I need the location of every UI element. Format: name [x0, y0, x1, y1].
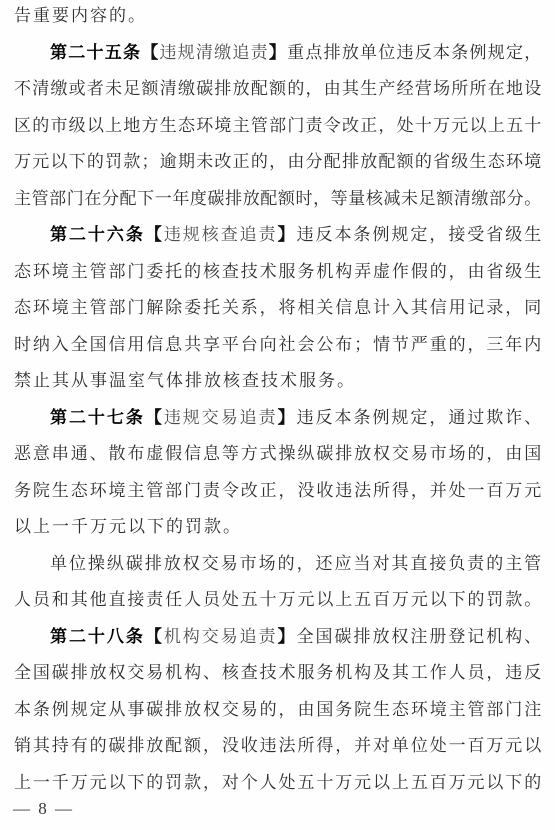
article-heading-line: 第二十八条【机构交易追责】全国碳排放权注册登记机构、 [14, 619, 541, 656]
document-text-block: 告重要内容的。 第二十五条【违规清缴追责】重点排放单位违反本条例规定， 不清缴或… [14, 0, 541, 801]
bracket-close: 】 [278, 408, 297, 427]
bracket-open: 【 [145, 225, 164, 244]
bracket-close: 】 [278, 627, 297, 646]
line-text: 违反本条例规定，通过欺诈、 [297, 408, 541, 427]
text-line: 不清缴或者未足额清缴碳排放配额的，由其生产经营场所所在地设 [14, 71, 541, 108]
article-heading-line: 第二十七条【违规交易追责】违反本条例规定，通过欺诈、 [14, 400, 541, 437]
text-line: 销其持有的碳排放配额，没收违法所得，并对单位处一百万元以 [14, 728, 541, 765]
text-line: 告重要内容的。 [14, 0, 541, 35]
text-line: 人员和其他直接责任人员处五十万元以上五百万元以下的罚款。 [14, 582, 541, 619]
text-line: 以上一千万元以下的罚款。 [14, 509, 541, 546]
article-tag: 机构交易追责 [164, 627, 278, 646]
bracket-open: 【 [145, 408, 164, 427]
text-line: 全国碳排放权交易机构、核查技术服务机构及其工作人员，违反 [14, 655, 541, 692]
document-page: 告重要内容的。 第二十五条【违规清缴追责】重点排放单位违反本条例规定， 不清缴或… [0, 0, 555, 830]
article-number: 第二十七条 [50, 408, 145, 427]
text-line: 态环境主管部门委托的核查技术服务机构弄虚作假的，由省级生 [14, 254, 541, 291]
text-line: 本条例规定从事碳排放权交易的，由国务院生态环境主管部门注 [14, 692, 541, 729]
article-number: 第二十八条 [50, 627, 145, 646]
line-text: 重点排放单位违反本条例规定， [287, 43, 541, 62]
text-line: 区的市级以上地方生态环境主管部门责令改正，处十万元以上五十 [14, 108, 541, 145]
article-number: 第二十六条 [50, 225, 145, 244]
bracket-close: 】 [269, 43, 287, 62]
article-tag: 违规核查追责 [164, 225, 278, 244]
text-line: 恶意串通、散布虚假信息等方式操纵碳排放权交易市场的，由国 [14, 436, 541, 473]
article-number: 第二十五条 [50, 43, 141, 62]
article-tag: 违规清缴追责 [159, 43, 268, 62]
page-number: — 8 — [13, 794, 74, 824]
bracket-close: 】 [278, 225, 297, 244]
text-line: 上一千万元以下的罚款，对个人处五十万元以上五百万元以下的 [14, 765, 541, 802]
article-heading-line: 第二十五条【违规清缴追责】重点排放单位违反本条例规定， [14, 35, 541, 72]
text-line: 主管部门在分配下一年度碳排放配额时，等量核减未足额清缴部分。 [14, 181, 541, 218]
text-line: 态环境主管部门解除委托关系，将相关信息计入其信用记录，同 [14, 290, 541, 327]
article-heading-line: 第二十六条【违规核查追责】违反本条例规定，接受省级生 [14, 217, 541, 254]
text-line: 时纳入全国信用信息共享平台向社会公布；情节严重的，三年内 [14, 327, 541, 364]
text-line: 务院生态环境主管部门责令改正，没收违法所得，并处一百万元 [14, 473, 541, 510]
line-text: 全国碳排放权注册登记机构、 [297, 627, 541, 646]
article-tag: 违规交易追责 [164, 408, 278, 427]
bracket-open: 【 [145, 627, 164, 646]
bracket-open: 【 [141, 43, 159, 62]
text-line: 万元以下的罚款；逾期未改正的，由分配排放配额的省级生态环境 [14, 144, 541, 181]
line-text: 违反本条例规定，接受省级生 [297, 225, 541, 244]
text-line: 单位操纵碳排放权交易市场的，还应当对其直接负责的主管 [14, 546, 541, 583]
text-line: 禁止其从事温室气体排放核查技术服务。 [14, 363, 541, 400]
